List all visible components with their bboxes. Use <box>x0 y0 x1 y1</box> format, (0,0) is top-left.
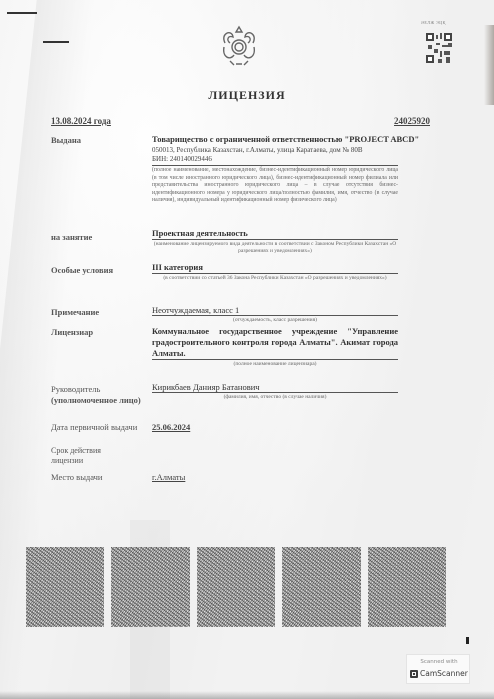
activity-label: на занятие <box>51 232 92 243</box>
issued-to-label: Выдана <box>51 135 81 146</box>
licensor-label: Лицензиар <box>51 327 93 338</box>
head-label-line2: (уполномоченное лицо) <box>51 395 141 406</box>
activity-value: Проектная деятельность <box>152 228 398 239</box>
document-title: ЛИЦЕНЗИЯ <box>0 88 494 103</box>
barcode-strip <box>26 547 446 627</box>
place-of-issue-label: Место выдачи <box>51 472 103 483</box>
validity-label-line1: Срок действия <box>51 446 101 456</box>
camscanner-watermark: Scanned with CamScanner <box>406 654 470 684</box>
licensor-value: Коммунальное государственное учреждение … <box>152 326 398 359</box>
2d-barcode <box>282 547 360 627</box>
watermark-caption: Scanned with <box>407 659 471 665</box>
first-issue-date-label: Дата первичной выдачи <box>51 422 137 433</box>
head-hint: (фамилия, имя, отчество (в случае наличи… <box>152 394 398 401</box>
staple-mark <box>43 41 69 43</box>
head-label-line1: Руководитель <box>51 384 141 395</box>
page-bottom-shadow <box>0 691 494 699</box>
validity-label-line2: лицензии <box>51 456 101 466</box>
note-label: Примечание <box>51 307 99 318</box>
special-conditions-label: Особые условия <box>51 265 113 276</box>
activity-hint: (наименование лицензируемого вида деятел… <box>152 241 398 255</box>
watermark-brand-row: CamScanner <box>410 669 468 678</box>
issued-to-name: Товарищество с ограниченной ответственно… <box>152 134 422 145</box>
2d-barcode <box>197 547 275 627</box>
license-number: 24025920 <box>394 116 430 126</box>
head-label: Руководитель (уполномоченное лицо) <box>51 384 141 406</box>
special-conditions-value: III категория <box>152 262 398 273</box>
validity-label: Срок действия лицензии <box>51 446 101 466</box>
2d-barcode <box>26 547 104 627</box>
license-page: ӘЕЛЖ ЭЦҚ ЛИЦЕНЗИЯ 13.08.2024 года 240259… <box>0 0 494 699</box>
state-emblem-icon <box>216 23 262 69</box>
note-hint: (отчуждаемость, класс разрешения) <box>152 317 398 324</box>
2d-barcode <box>111 547 189 627</box>
field-underline <box>152 165 398 166</box>
license-date: 13.08.2024 года <box>51 116 111 126</box>
special-conditions-hint: (в соответствии со статьей 36 Закона Рес… <box>152 275 398 282</box>
page-mark <box>466 637 469 644</box>
watermark-brand: CamScanner <box>420 669 468 678</box>
place-of-issue-value: г.Алматы <box>152 472 185 482</box>
field-underline <box>152 392 398 393</box>
issued-to-hint: (полное наименование, местонахождение, б… <box>152 167 398 205</box>
first-issue-date-value: 25.06.2024 <box>152 422 190 432</box>
2d-barcode <box>368 547 446 627</box>
field-underline <box>152 239 398 240</box>
camscanner-logo-icon <box>410 670 418 678</box>
issued-to-bin: БИН: 240140029446 <box>152 155 398 164</box>
staple-mark <box>7 12 37 14</box>
issued-to-address: 050013, Республика Казахстан, г.Алматы, … <box>152 146 422 155</box>
field-underline <box>152 315 398 316</box>
licensor-hint: (полное наименование лицензиара) <box>152 361 398 368</box>
qr-caption: ӘЕЛЖ ЭЦҚ <box>421 20 446 25</box>
qr-code-icon <box>426 33 452 63</box>
field-underline <box>152 273 398 274</box>
field-underline <box>152 359 398 360</box>
